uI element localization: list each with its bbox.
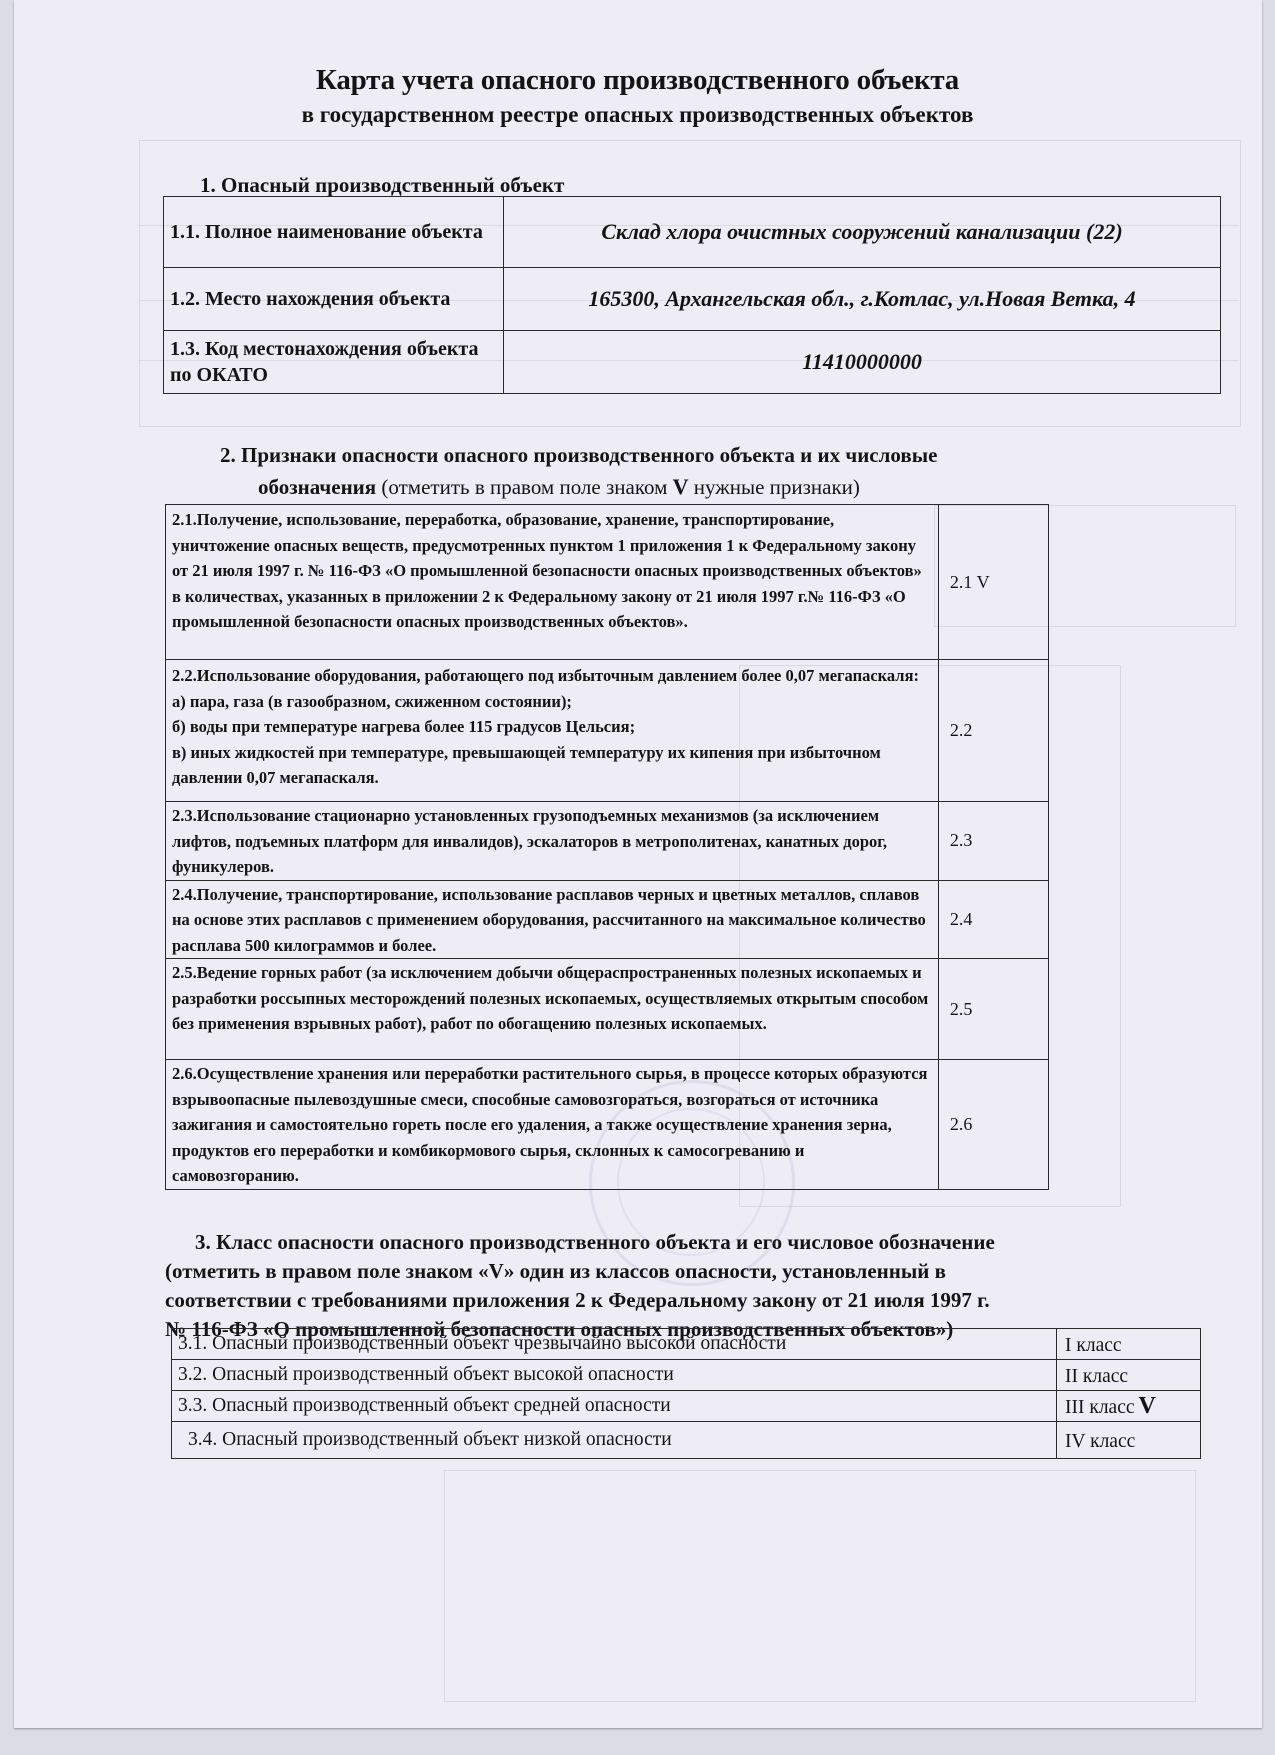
location-value: 165300, Архангельская обл., г.Котлас, ул… bbox=[504, 268, 1221, 331]
hazard-sign-text: 2.4.Получение, транспортирование, исполь… bbox=[166, 880, 939, 959]
section3-heading: 3. Класс опасности опасного производстве… bbox=[165, 1228, 995, 1344]
hazard-sign-text: 2.3.Использование стационарно установлен… bbox=[166, 802, 939, 881]
section2-note-suffix: нужные признаки) bbox=[689, 475, 860, 499]
hazard-class-label: III класс bbox=[1065, 1397, 1135, 1418]
section2-heading-line1: 2. Признаки опасности опасного производс… bbox=[220, 440, 937, 471]
object-info-table: 1.1. Полное наименование объекта Склад х… bbox=[163, 196, 1221, 394]
hazard-class-text: 3.1. Опасный производственный объект чре… bbox=[172, 1329, 1057, 1360]
section3-heading-line1: 3. Класс опасности опасного производстве… bbox=[165, 1228, 995, 1257]
hazard-sign-code[interactable]: 2.6 bbox=[938, 1060, 1048, 1190]
margin-cell bbox=[1049, 660, 1218, 802]
hazard-class-text: 3.3. Опасный производственный объект сре… bbox=[172, 1391, 1057, 1422]
hazard-class-label: IV класс bbox=[1065, 1431, 1135, 1452]
table-row: 2.2.Использование оборудования, работающ… bbox=[166, 660, 1218, 802]
table-row: 2.4.Получение, транспортирование, исполь… bbox=[166, 880, 1218, 959]
check-mark-icon: V bbox=[673, 474, 689, 499]
hazard-class-text: 3.4. Опасный производственный объект низ… bbox=[172, 1422, 1057, 1459]
section3-heading-line2: (отметить в правом поле знаком «V» один … bbox=[165, 1257, 995, 1286]
check-mark-icon: V bbox=[1139, 1393, 1156, 1419]
table-row: 2.5.Ведение горных работ (за исключением… bbox=[166, 959, 1218, 1060]
section2-heading-bold: обозначения bbox=[258, 475, 376, 499]
hazard-sign-code[interactable]: 2.4 bbox=[938, 880, 1048, 959]
hazard-sign-code[interactable]: 2.3 bbox=[938, 802, 1048, 881]
margin-cell bbox=[1049, 1060, 1218, 1190]
hazard-class-table: 3.1. Опасный производственный объект чре… bbox=[171, 1328, 1201, 1459]
table-row: 2.3.Использование стационарно установлен… bbox=[166, 802, 1218, 881]
table-row: 3.2. Опасный производственный объект выс… bbox=[172, 1360, 1201, 1391]
section2-heading: 2. Признаки опасности опасного производс… bbox=[220, 440, 937, 503]
location-label: 1.2. Место нахождения объекта bbox=[164, 268, 504, 331]
full-name-label: 1.1. Полное наименование объекта bbox=[164, 197, 504, 268]
hazard-class-text: 3.2. Опасный производственный объект выс… bbox=[172, 1360, 1057, 1391]
table-row: 1.3. Код местонахождения объекта по ОКАТ… bbox=[164, 331, 1221, 394]
hazard-signs-table: 2.1.Получение, использование, переработк… bbox=[165, 504, 1218, 1190]
full-name-value: Склад хлора очистных сооружений канализа… bbox=[504, 197, 1221, 268]
hazard-sign-code[interactable]: 2.1 V bbox=[938, 505, 1048, 660]
margin-cell bbox=[1049, 959, 1218, 1060]
table-row: 3.3. Опасный производственный объект сре… bbox=[172, 1391, 1201, 1422]
hazard-class-label: I класс bbox=[1065, 1335, 1122, 1356]
margin-cell bbox=[1049, 802, 1218, 881]
hazard-class-cell[interactable]: I класс bbox=[1057, 1329, 1201, 1360]
table-row: 3.4. Опасный производственный объект низ… bbox=[172, 1422, 1201, 1459]
section2-note-prefix: (отметить в правом поле знаком bbox=[376, 475, 672, 499]
document-title: Карта учета опасного производственного о… bbox=[0, 64, 1275, 97]
section2-heading-line2: обозначения (отметить в правом поле знак… bbox=[220, 471, 937, 503]
table-row: 1.1. Полное наименование объекта Склад х… bbox=[164, 197, 1221, 268]
hazard-sign-text: 2.2.Использование оборудования, работающ… bbox=[166, 660, 939, 802]
hazard-sign-text: 2.1.Получение, использование, переработк… bbox=[166, 505, 939, 660]
hazard-sign-code[interactable]: 2.5 bbox=[938, 959, 1048, 1060]
document-subtitle: в государственном реестре опасных произв… bbox=[0, 102, 1275, 128]
table-row: 2.1.Получение, использование, переработк… bbox=[166, 505, 1218, 660]
margin-cell bbox=[1049, 880, 1218, 959]
table-row: 3.1. Опасный производственный объект чре… bbox=[172, 1329, 1201, 1360]
okato-label: 1.3. Код местонахождения объекта по ОКАТ… bbox=[164, 331, 504, 394]
hazard-sign-text: 2.6.Осуществление хранения или переработ… bbox=[166, 1060, 939, 1190]
table-row: 2.6.Осуществление хранения или переработ… bbox=[166, 1060, 1218, 1190]
hazard-class-cell[interactable]: III классV bbox=[1057, 1391, 1201, 1422]
okato-value: 11410000000 bbox=[504, 331, 1221, 394]
hazard-sign-code[interactable]: 2.2 bbox=[938, 660, 1048, 802]
hazard-sign-text: 2.5.Ведение горных работ (за исключением… bbox=[166, 959, 939, 1060]
margin-cell bbox=[1049, 505, 1218, 660]
show-through-table bbox=[444, 1470, 1196, 1702]
hazard-class-cell[interactable]: IV класс bbox=[1057, 1422, 1201, 1459]
section3-heading-line3: соответствии с требованиями приложения 2… bbox=[165, 1286, 995, 1315]
hazard-class-label: II класс bbox=[1065, 1366, 1128, 1387]
hazard-class-cell[interactable]: II класс bbox=[1057, 1360, 1201, 1391]
table-row: 1.2. Место нахождения объекта 165300, Ар… bbox=[164, 268, 1221, 331]
